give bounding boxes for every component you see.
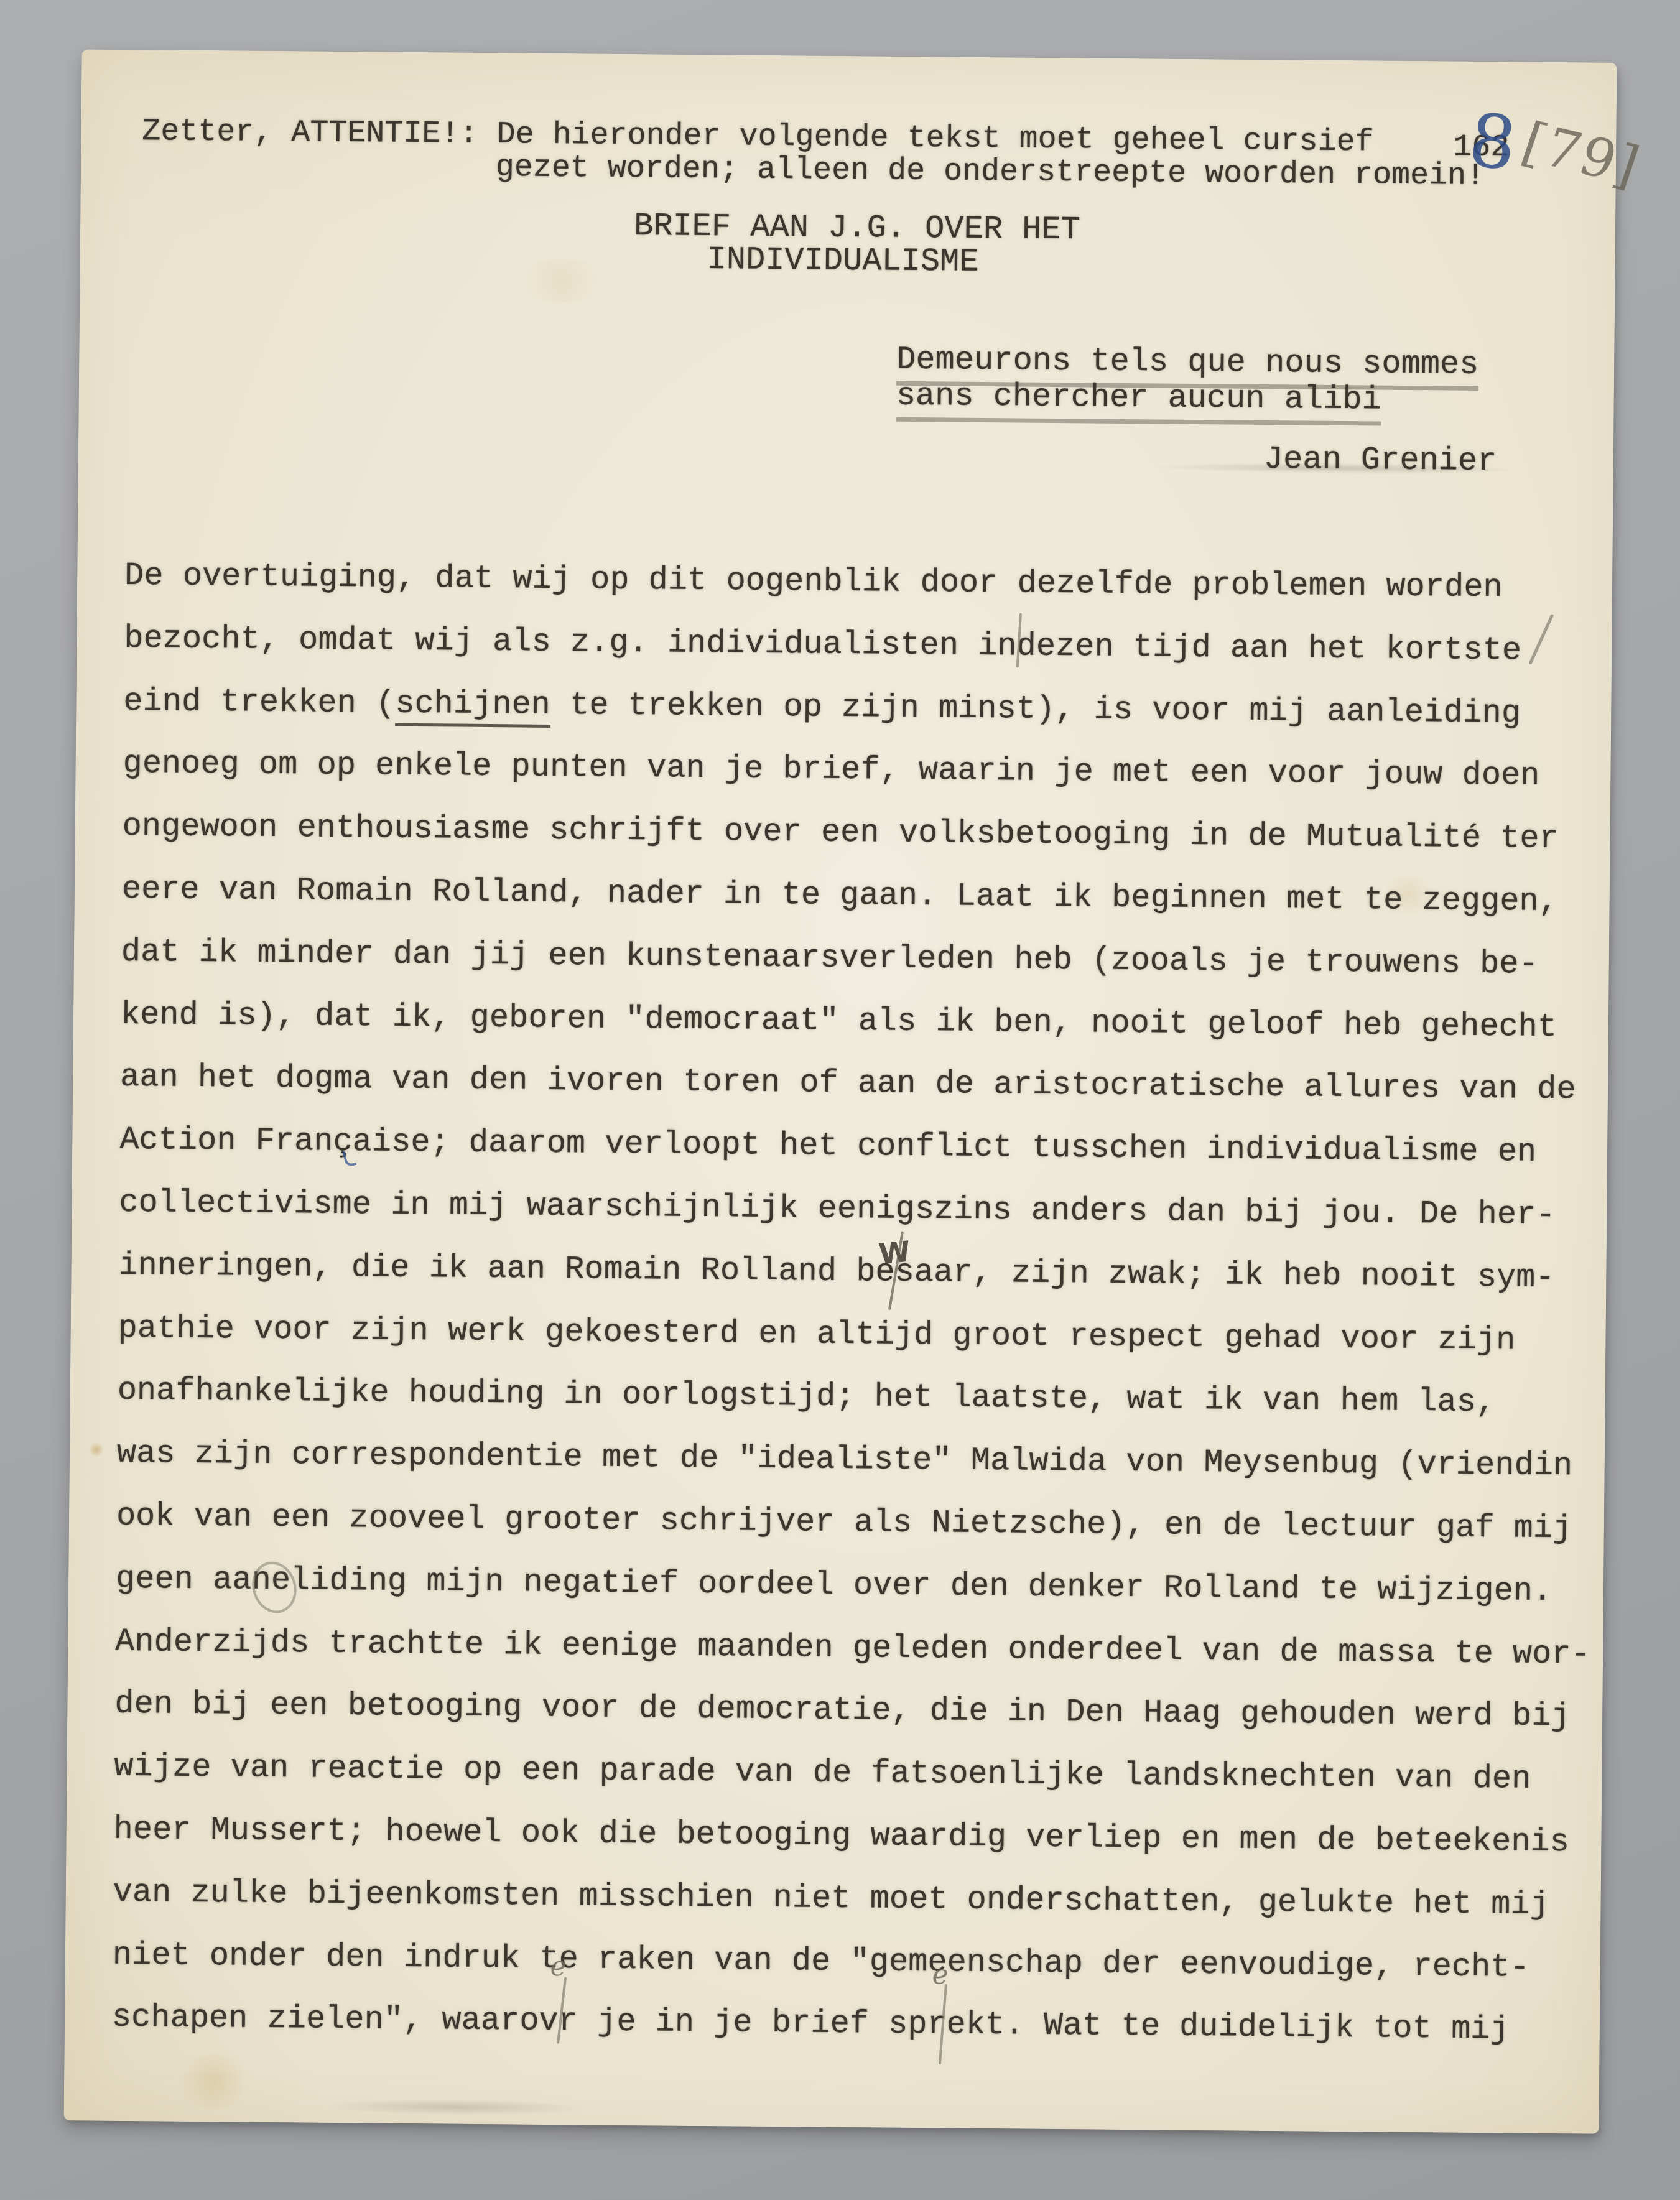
paper-edge-smudge [325, 2098, 587, 2117]
paper-stain [176, 2053, 251, 2110]
letter-body: De overtuiging, dat wij op dit oogenblik… [112, 545, 1612, 2063]
scan-background: Zetter, ATTENTIE!: De hieronder volgende… [0, 0, 1680, 2200]
letter-page: Zetter, ATTENTIE!: De hieronder volgende… [64, 49, 1617, 2133]
handwritten-page-number-ink: 8 [1465, 96, 1521, 187]
paper-stain [515, 258, 609, 302]
title-line2: INDIVIDUALISME [707, 241, 978, 281]
epigraph-line2: sans chercher aucun alibi [896, 378, 1381, 426]
underlined-word: schijnen [395, 685, 550, 727]
paper-stain [88, 1442, 104, 1456]
epigraph-attribution: Jean Grenier [1264, 441, 1497, 480]
body-line: schapen zielen", waarovr je in je brief … [112, 1987, 1599, 2063]
pencil-correction-w: W [877, 1234, 912, 1271]
penciled-archive-number: [79] [1515, 111, 1648, 198]
